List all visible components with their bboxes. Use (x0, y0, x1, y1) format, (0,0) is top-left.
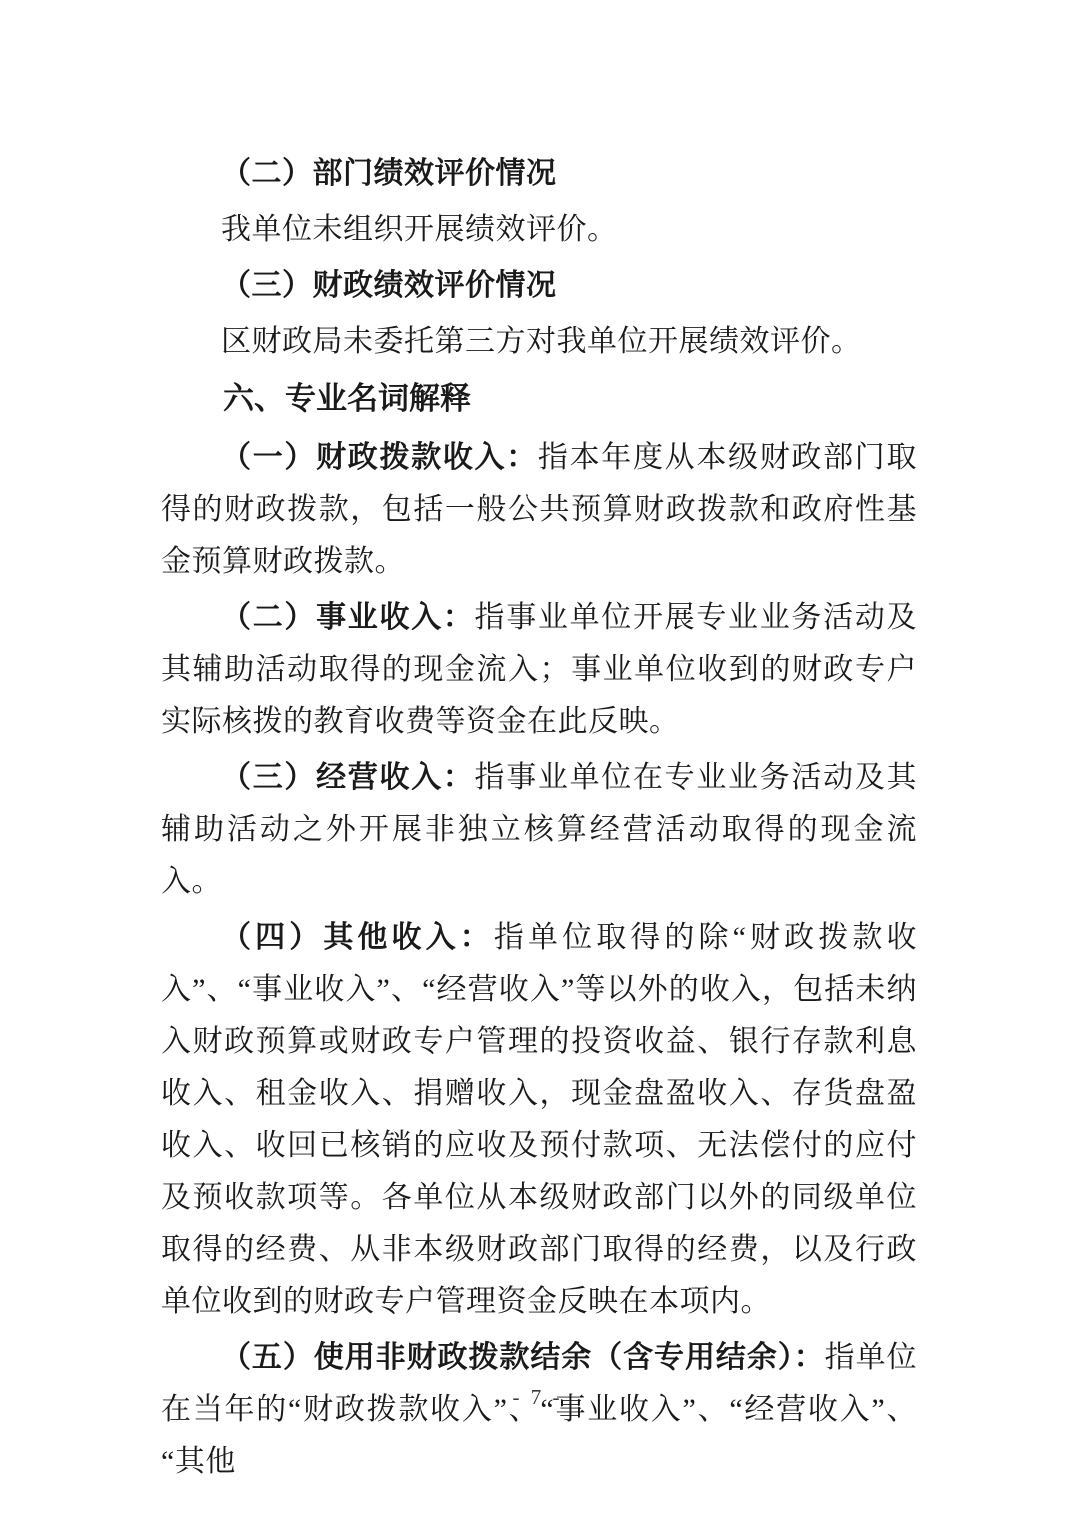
definition-paragraph-2: （二）事业收入：指事业单位开展专业业务活动及其辅助活动取得的现金流入；事业单位收… (161, 592, 917, 748)
section-heading-3: （三）财政绩效评价情况 (161, 260, 917, 312)
section-heading-2: （二）部门绩效评价情况 (161, 148, 917, 200)
definition-term: （一）财政拨款收入： (221, 441, 538, 474)
definition-paragraph-3: （三）经营收入：指事业单位在专业业务活动及其辅助活动之外开展非独立核算经营活动取… (161, 752, 917, 908)
definition-paragraph-4: （四）其他收入：指单位取得的除“财政拨款收入”、“事业收入”、“经营收入”等以外… (161, 912, 917, 1328)
definition-term: （四）其他收入： (221, 921, 494, 954)
paragraph: 我单位未组织开展绩效评价。 (161, 204, 917, 256)
definition-paragraph-1: （一）财政拨款收入：指本年度从本级财政部门取得的财政拨款，包括一般公共预算财政拨… (161, 432, 917, 588)
definition-term: （五）使用非财政拨款结余（含专用结余）： (221, 1341, 825, 1374)
chapter-heading-6: 六、专业名词解释 (161, 372, 917, 426)
document-content: （二）部门绩效评价情况 我单位未组织开展绩效评价。 （三）财政绩效评价情况 区财… (161, 148, 917, 1492)
document-page: （二）部门绩效评价情况 我单位未组织开展绩效评价。 （三）财政绩效评价情况 区财… (0, 0, 1075, 1520)
definition-text: 指单位取得的除“财政拨款收入”、“事业收入”、“经营收入”等以外的收入，包括未纳… (161, 921, 917, 1318)
definition-term: （三）经营收入： (221, 761, 475, 794)
definition-term: （二）事业收入： (221, 601, 475, 634)
paragraph: 区财政局未委托第三方对我单位开展绩效评价。 (161, 316, 917, 368)
page-number: - 7 - (0, 1384, 1075, 1410)
definition-paragraph-5: （五）使用非财政拨款结余（含专用结余）：指单位在当年的“财政拨款收入”、“事业收… (161, 1332, 917, 1488)
